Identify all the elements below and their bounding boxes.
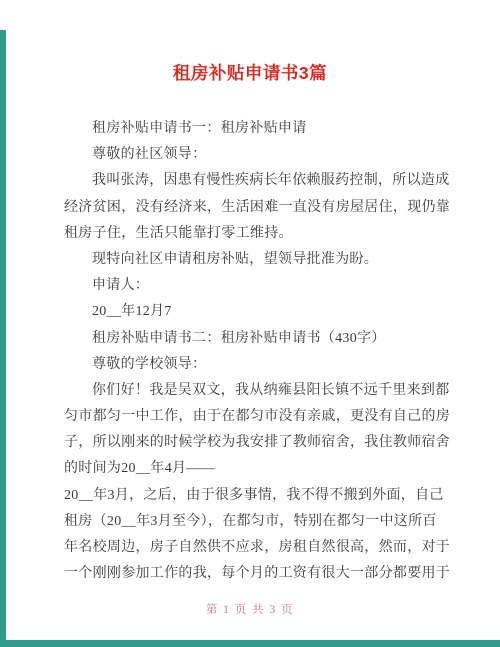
text-line: 我叫张涛，因患有慢性疾病长年依赖服药控制，所以造成: [64, 168, 438, 194]
document-body: 租房补贴申请书一：租房补贴申请尊敬的社区领导：我叫张涛，因患有慢性疾病长年依赖服…: [64, 116, 438, 587]
page-number-indicator: 第 1 页 共 3 页: [0, 601, 500, 617]
text-line: 20__年3月，之后，由于很多事情，我不得不搬到外面，自己: [64, 483, 438, 509]
text-line: 20__年12月7: [64, 299, 438, 325]
bottom-edge-decoration: [0, 640, 500, 647]
text-line: 匀市都匀一中工作，由于在都匀市没有亲戚，更没有自己的房: [64, 404, 438, 430]
text-line: 你们好！我是吴双文，我从纳雍县阳长镇不远千里来到都: [64, 378, 438, 404]
text-line: 申请人：: [64, 273, 438, 299]
text-line: 尊敬的学校领导：: [64, 352, 438, 378]
text-line: 年名校周边，房子自然供不应求，房租自然很高，然而，对于: [64, 535, 438, 561]
text-line: 的时间为20__年4月——: [64, 456, 438, 482]
text-line: 租房补贴申请书二：租房补贴申请书（430字）: [64, 326, 438, 352]
left-edge-decoration: [0, 30, 6, 647]
text-line: 租房（20__年3月至今），在都匀市，特别在都匀一中这所百: [64, 509, 438, 535]
text-line: 经济贫困，没有经济来，生活困难一直没有房屋居住，现仍靠: [64, 195, 438, 221]
text-line: 尊敬的社区领导：: [64, 142, 438, 168]
text-line: 现特向社区申请租房补贴，望领导批准为盼。: [64, 247, 438, 273]
text-line: 一个刚刚参加工作的我，每个月的工资有很大一部分都要用于: [64, 561, 438, 587]
text-line: 租房子住，生活只能靠打零工维持。: [64, 221, 438, 247]
document-title: 租房补贴申请书3篇: [0, 60, 500, 85]
text-line: 租房补贴申请书一：租房补贴申请: [64, 116, 438, 142]
document-page: 租房补贴申请书3篇 租房补贴申请书一：租房补贴申请尊敬的社区领导：我叫张涛，因患…: [0, 0, 500, 647]
text-line: 子，所以刚来的时候学校为我安排了教师宿舍，我住教师宿舍: [64, 430, 438, 456]
